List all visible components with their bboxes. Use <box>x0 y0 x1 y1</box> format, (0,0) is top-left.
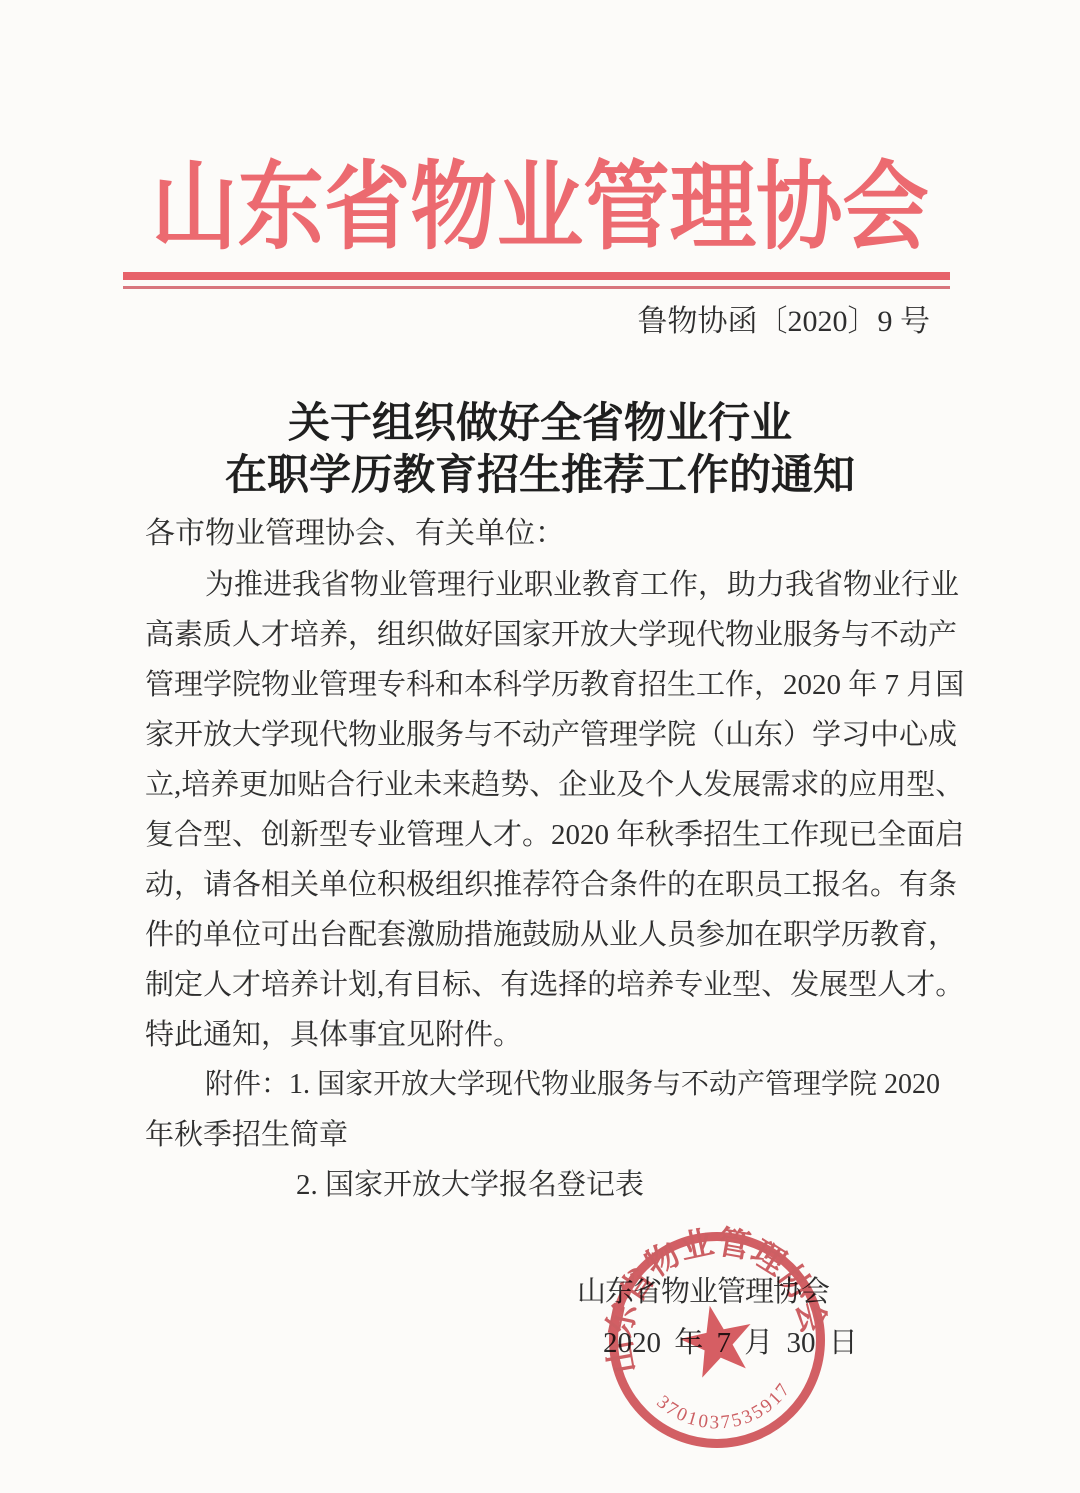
salutation: 各市物业管理协会、有关单位： <box>145 516 565 552</box>
notice-title-line-1: 关于组织做好全省物业行业 <box>0 398 1080 450</box>
body-line: 高素质人才培养，组织做好国家开放大学现代物业服务与不动产 <box>145 610 940 660</box>
body-line: 件的单位可出台配套激励措施鼓励从业人员参加在职学历教育， <box>145 910 940 960</box>
body-line-closing: 特此通知，具体事宜见附件。 <box>145 1010 940 1060</box>
notice-title: 关于组织做好全省物业行业 在职学历教育招生推荐工作的通知 <box>0 398 1080 502</box>
letterhead-org-title: 山东省物业管理协会 <box>54 150 1026 266</box>
body-line: 制定人才培养计划,有目标、有选择的培养专业型、发展型人才。 <box>145 960 940 1010</box>
official-seal: 山东省物业管理协会 3701037535917 <box>600 1223 834 1457</box>
attachment-line-2: 2. 国家开放大学报名登记表 <box>145 1160 940 1210</box>
body-line: 为推进我省物业管理行业职业教育工作，助力我省物业行业 <box>145 560 940 610</box>
attachment-line-1-cont: 年秋季招生简章 <box>145 1110 940 1160</box>
notice-document-page: 山东省物业管理协会 鲁物协函〔2020〕9 号 关于组织做好全省物业行业 在职学… <box>0 0 1080 1493</box>
body-line: 复合型、创新型专业管理人才。2020 年秋季招生工作现已全面启 <box>145 810 940 860</box>
body-line: 管理学院物业管理专科和本科学历教育招生工作，2020 年 7 月国 <box>145 660 940 710</box>
body-line: 立,培养更加贴合行业未来趋势、企业及个人发展需求的应用型、 <box>145 760 940 810</box>
body-line: 家开放大学现代物业服务与不动产管理学院（山东）学习中心成 <box>145 710 940 760</box>
attachment-line-1: 附件：1. 国家开放大学现代物业服务与不动产管理学院 2020 <box>145 1060 940 1110</box>
body-paragraph: 为推进我省物业管理行业职业教育工作，助力我省物业行业 高素质人才培养，组织做好国… <box>145 560 940 1210</box>
letterhead-rule-thin <box>123 286 950 289</box>
notice-title-line-2: 在职学历教育招生推荐工作的通知 <box>0 450 1080 502</box>
letterhead-rule-thick <box>123 272 950 280</box>
body-line: 动，请各相关单位积极组织推荐符合条件的在职员工报名。有条 <box>145 860 940 910</box>
document-number: 鲁物协函〔2020〕9 号 <box>638 302 931 342</box>
seal-star-icon <box>674 1298 759 1380</box>
